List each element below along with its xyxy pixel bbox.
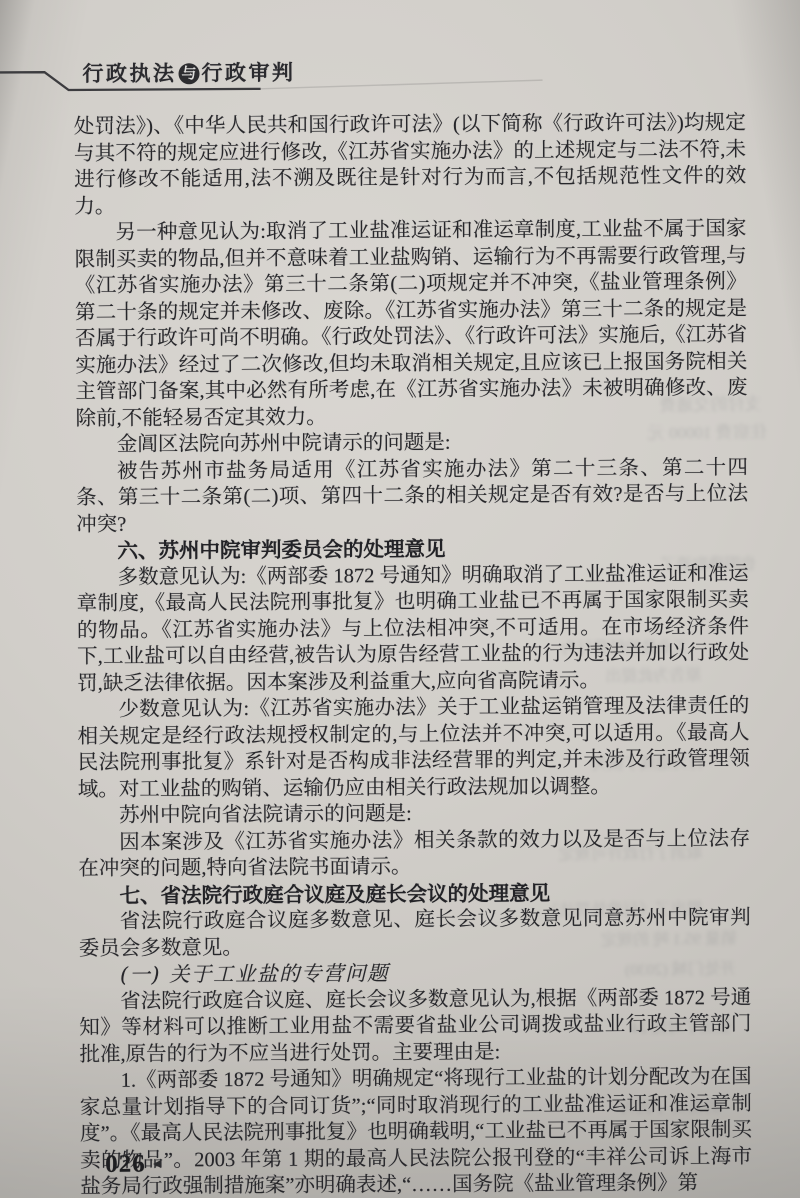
running-head: 行政执法与行政审判 [82, 57, 295, 88]
section-heading: (一) 关于工业盐的专营问题 [79, 958, 751, 989]
scanned-book-page: 行政执法与行政审判 支付的交通费住宿费 10000 元也明确取消了工业盐的经营行… [0, 0, 800, 1198]
running-head-right: 行政审判 [201, 61, 295, 86]
paragraph: 另一种意见认为:取消了工业盐准运证和准运章制度,工业盐不属于国家限制买卖的物品,… [74, 216, 747, 432]
page-content: 行政执法与行政审判 支付的交通费住宿费 10000 元也明确取消了工业盐的经营行… [0, 0, 800, 1198]
paragraph: 因本案涉及《江苏省实施办法》相关条款的效力以及是否与上位法存在冲突的问题,特向省… [78, 825, 750, 882]
section-heading: 七、省法院行政庭合议庭及庭长会议的处理意见 [78, 878, 750, 909]
paragraph: 金阊区法院向苏州中院请示的问题是: [76, 428, 748, 459]
body-text: 处罚法》)、《中华人民共和国行政许可法》(以下简称《行政许可法》)均规定与其不符… [74, 110, 753, 1198]
page-arrow-icon: ◄ [151, 1156, 163, 1170]
paragraph: 1.《两部委 1872 号通知》明确规定“将现行工业盐的计划分配改为在国家总量计… [80, 1064, 753, 1198]
paragraph: 省法院行政庭合议庭、庭长会议多数意见认为,根据《两部委 1872 号通知》等材料… [79, 984, 751, 1068]
footer: 026◄ [105, 1150, 163, 1178]
yu-circle-glyph: 与 [178, 63, 199, 84]
paragraph: 被告苏州市盐务局适用《江苏省实施办法》第二十三条、第二十四条、第三十二条第(二)… [76, 454, 748, 538]
header-rule-line [0, 0, 798, 112]
page-number: 026 [105, 1151, 146, 1178]
paragraph: 少数意见认为:《江苏省实施办法》关于工业盐运销管理及法律责任的相关规定是经行政法… [77, 693, 750, 803]
paragraph: 苏州中院向省法院请示的问题是: [78, 799, 750, 830]
paragraph: 处罚法》)、《中华人民共和国行政许可法》(以下简称《行政许可法》)均规定与其不符… [74, 110, 747, 220]
running-head-left: 行政执法 [82, 61, 176, 86]
paragraph: 省法院行政庭合议庭多数意见、庭长会议多数意见同意苏州中院审判委员会多数意见。 [79, 905, 751, 962]
paragraph: 多数意见认为:《两部委 1872 号通知》明确取消了工业盐准运证和准运章制度,《… [77, 560, 750, 697]
section-heading: 六、苏州中院审判委员会的处理意见 [76, 534, 748, 565]
